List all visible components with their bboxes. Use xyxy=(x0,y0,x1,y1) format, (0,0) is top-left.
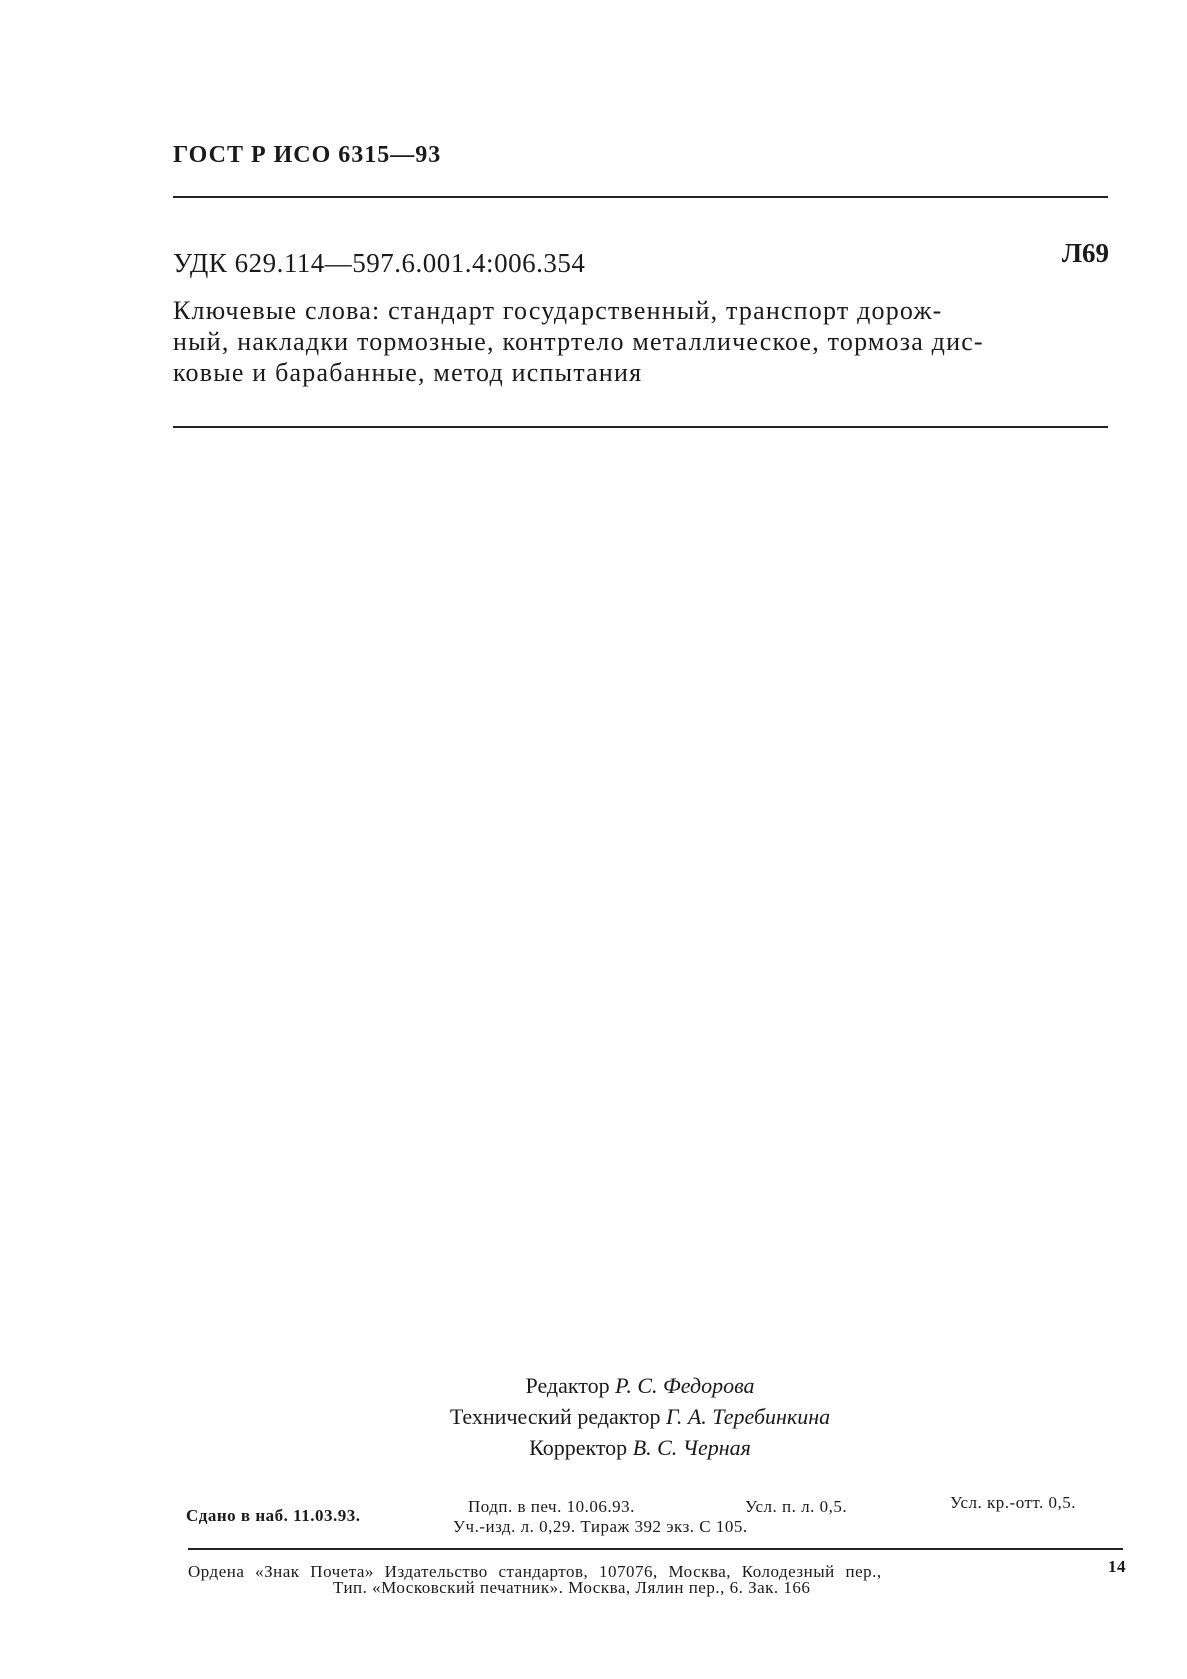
keywords-line: ный, накладки тормозные, контртело метал… xyxy=(173,326,1108,357)
signed-date: Подп. в печ. 10.06.93. xyxy=(468,1497,635,1517)
keywords-divider xyxy=(173,426,1108,428)
tech-editor-line: Технический редактор Г. А. Теребинкина xyxy=(380,1401,900,1432)
tech-editor-name: Г. А. Теребинкина xyxy=(666,1404,830,1429)
circulation: Тираж 392 экз. xyxy=(580,1517,694,1536)
proofreader-name: В. С. Черная xyxy=(633,1435,751,1460)
standard-designation: ГОСТ Р ИСО 6315—93 xyxy=(173,142,441,169)
editor-line: Редактор Р. С. Федорова xyxy=(380,1370,900,1401)
imprint-divider xyxy=(188,1548,1123,1550)
udk-code: УДК 629.114—597.6.001.4:006.354 xyxy=(173,248,585,279)
keywords-block: Ключевые слова: стандарт государственный… xyxy=(173,295,1108,388)
color-prints: Усл. кр.-отт. 0,5. xyxy=(950,1493,1076,1513)
print-sheets: Усл. п. л. 0,5. xyxy=(745,1497,847,1517)
pub-sheets: Уч.-изд. л. 0,29. xyxy=(453,1517,576,1536)
proofreader-label: Корректор xyxy=(529,1435,627,1460)
credits-block: Редактор Р. С. Федорова Технический реда… xyxy=(380,1370,900,1463)
proofreader-line: Корректор В. С. Черная xyxy=(380,1432,900,1463)
keywords-line: ковые и барабанные, метод испытания xyxy=(173,357,1108,388)
pub-sheets-line: Уч.-изд. л. 0,29. Тираж 392 экз. С 105. xyxy=(453,1517,748,1537)
page-number: 14 xyxy=(1108,1557,1126,1577)
keywords-line: Ключевые слова: стандарт государственный… xyxy=(173,295,1108,326)
editor-name: Р. С. Федорова xyxy=(615,1373,754,1398)
tech-editor-label: Технический редактор xyxy=(450,1404,661,1429)
group-code: Л69 xyxy=(1062,238,1109,269)
price: С 105. xyxy=(699,1517,747,1536)
printer-line: Тип. «Московский печатник». Москва, Ляли… xyxy=(333,1578,810,1598)
editor-label: Редактор xyxy=(526,1373,610,1398)
top-divider xyxy=(173,196,1108,198)
submitted-date: Сдано в наб. 11.03.93. xyxy=(186,1506,360,1526)
